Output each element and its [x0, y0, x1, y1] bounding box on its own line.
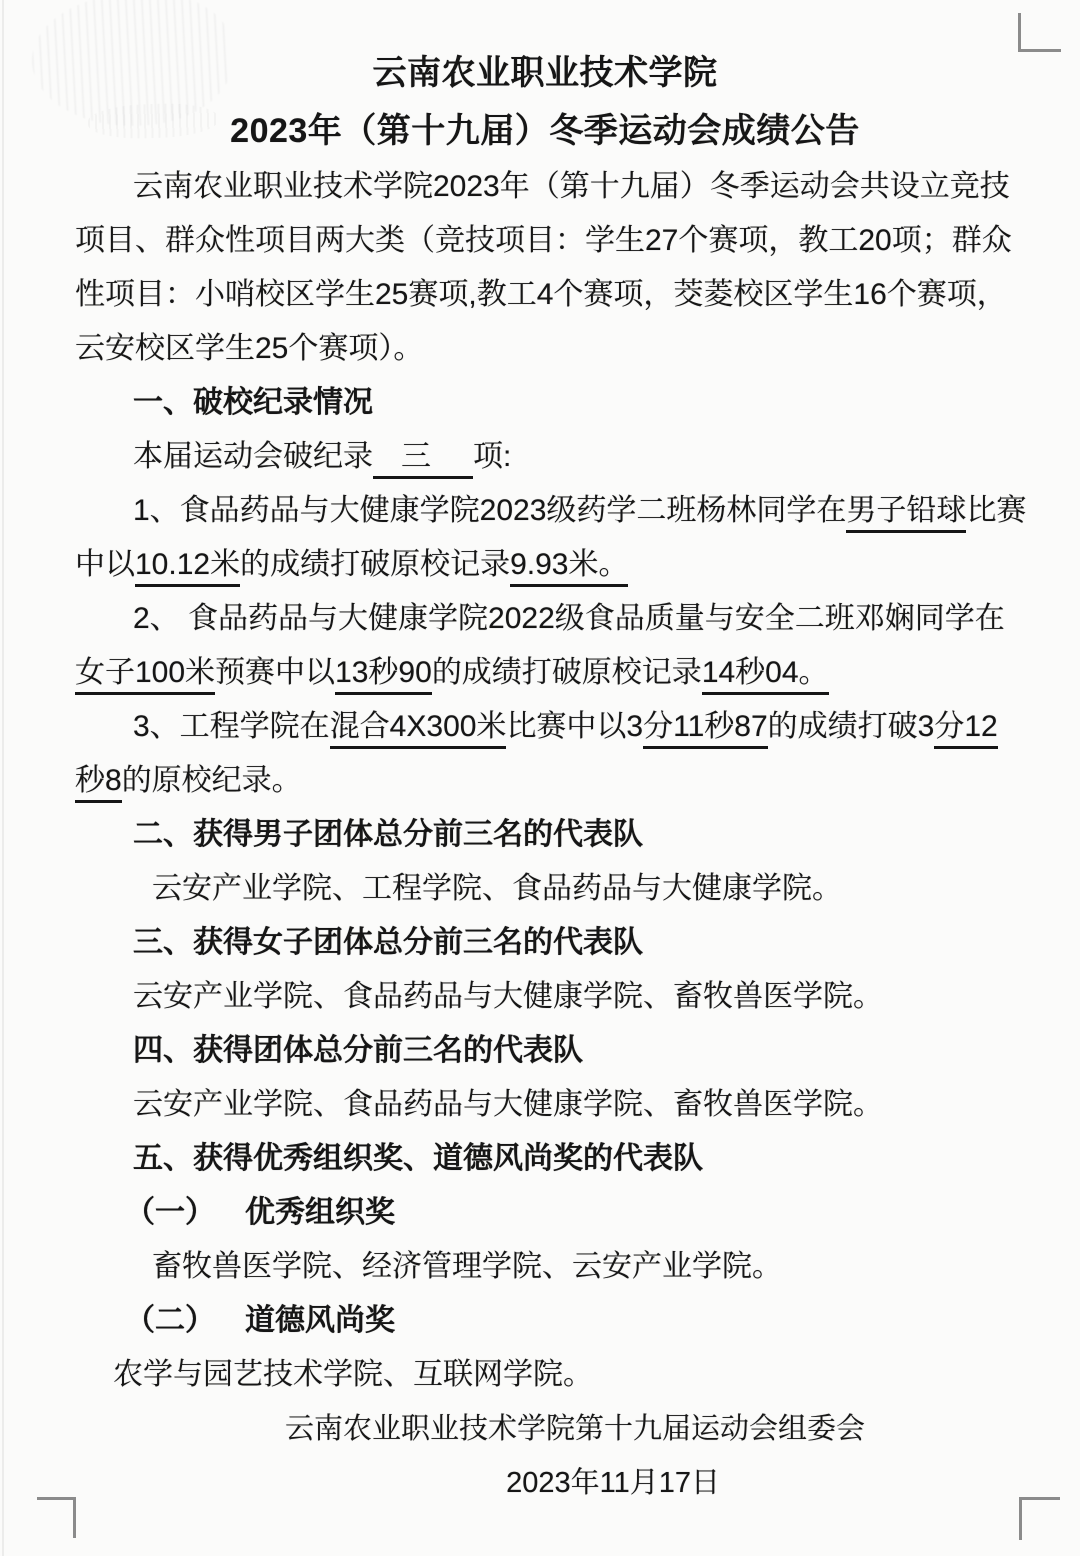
text-segment: 中以	[75, 548, 135, 581]
text-segment: 3、工程学院在	[133, 710, 330, 743]
underlined-text: 秒8	[75, 764, 122, 803]
women-team-heading: 三、获得女子团体总分前三名的代表队	[75, 916, 1015, 970]
underlined-text: 混合4X300米	[330, 710, 507, 749]
underlined-text: 女子100米	[75, 656, 215, 695]
underlined-text: 9.93米。	[510, 548, 628, 587]
record-2-line-2: 女子100米预赛中以13秒90的成绩打破原校记录14秒04。	[75, 646, 1015, 700]
underlined-text: 10.12米	[135, 548, 240, 587]
text-segment: 的成绩打破3	[768, 710, 935, 743]
text-segment: 项:	[473, 440, 511, 473]
text-segment: 预赛中以	[215, 656, 335, 689]
scanned-document-page: 云南农业职业技术学院 2023年（第十九届）冬季运动会成绩公告 云南农业职业技术…	[0, 0, 1080, 1556]
text-segment: 比赛中以3	[506, 710, 643, 743]
record-1-line-1: 1、食品药品与大健康学院2023级药学二班杨林同学在男子铅球比赛	[75, 484, 1015, 538]
award-sub1-number: （一）	[125, 1196, 215, 1229]
records-section-heading: 一、破校纪录情况	[75, 376, 1015, 430]
award-sub1-heading: （一）优秀组织奖	[75, 1186, 1015, 1240]
doc-title-line2: 2023年（第十九届）冬季运动会成绩公告	[75, 102, 1015, 160]
underlined-text: 三	[373, 440, 473, 479]
date-line: 2023年11月17日	[75, 1456, 1015, 1510]
text-segment: 1、食品药品与大健康学院2023级药学二班杨林同学在	[133, 494, 846, 527]
record-1-line-2: 中以10.12米的成绩打破原校记录9.93米。	[75, 538, 1015, 592]
underlined-text: 男子铅球	[846, 494, 966, 533]
men-team-body: 云安产业学院、工程学院、食品药品与大健康学院。	[75, 862, 1015, 916]
intro-line-2: 项目、群众性项目两大类（竞技项目：学生27个赛项，教工20项；群众	[75, 214, 1015, 268]
award-sub1-body: 畜牧兽医学院、经济管理学院、云安产业学院。	[75, 1240, 1015, 1294]
award-sub1-title: 优秀组织奖	[245, 1196, 395, 1229]
document-content: 云南农业职业技术学院 2023年（第十九届）冬季运动会成绩公告 云南农业职业技术…	[0, 0, 1080, 1510]
underlined-text: 分12	[934, 710, 997, 749]
underlined-text: 13秒90	[335, 656, 432, 695]
men-team-heading: 二、获得男子团体总分前三名的代表队	[75, 808, 1015, 862]
record-3-line-1: 3、工程学院在混合4X300米比赛中以3分11秒87的成绩打破3分12	[75, 700, 1015, 754]
underlined-text: 14秒04。	[702, 656, 829, 695]
text-segment: 的成绩打破原校记录	[240, 548, 510, 581]
award-sub2-heading: （二）道德风尚奖	[75, 1294, 1015, 1348]
signature-line: 云南农业职业技术学院第十九届运动会组委会	[75, 1402, 1015, 1456]
award-sub2-title: 道德风尚奖	[245, 1304, 395, 1337]
text-segment: 2、 食品药品与大健康学院2022级食品质量与安全二班邓娴同学在	[133, 602, 1005, 635]
text-segment: 比赛	[966, 494, 1026, 527]
intro-line-3: 性项目：小哨校区学生25赛项,教工4个赛项，茭菱校区学生16个赛项，	[75, 268, 1015, 322]
record-2-line-1: 2、 食品药品与大健康学院2022级食品质量与安全二班邓娴同学在	[75, 592, 1015, 646]
record-3-line-2: 秒8的原校纪录。	[75, 754, 1015, 808]
awards-section-heading: 五、获得优秀组织奖、道德风尚奖的代表队	[75, 1132, 1015, 1186]
award-sub2-body: 农学与园艺技术学院、互联网学院。	[75, 1348, 1015, 1402]
text-segment: 的成绩打破原校记录	[432, 656, 702, 689]
text-segment: 的原校纪录。	[122, 764, 302, 797]
intro-line-4: 云安校区学生25个赛项）。	[75, 322, 1015, 376]
records-count-line: 本届运动会破纪录三项:	[75, 430, 1015, 484]
women-team-body: 云安产业学院、食品药品与大健康学院、畜牧兽医学院。	[75, 970, 1015, 1024]
doc-title-line1: 云南农业职业技术学院	[75, 44, 1015, 102]
award-sub2-number: （二）	[125, 1304, 215, 1337]
intro-line-1: 云南农业职业技术学院2023年（第十九届）冬季运动会共设立竞技	[75, 160, 1015, 214]
text-segment: 本届运动会破纪录	[133, 440, 373, 473]
overall-team-heading: 四、获得团体总分前三名的代表队	[75, 1024, 1015, 1078]
underlined-text: 分11秒87	[643, 710, 768, 749]
overall-team-body: 云安产业学院、食品药品与大健康学院、畜牧兽医学院。	[75, 1078, 1015, 1132]
